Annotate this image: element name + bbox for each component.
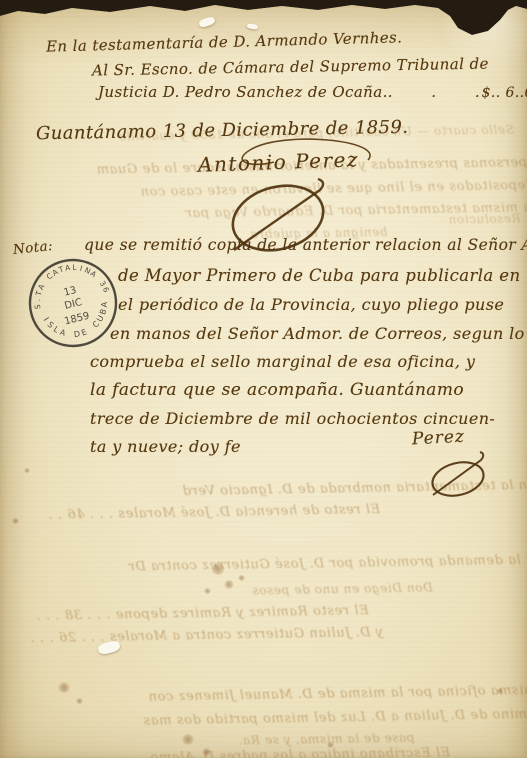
stamp-arc-letter: S	[33, 304, 42, 310]
stamp-day: 13	[63, 285, 78, 299]
stamp-arc-letter: .	[33, 298, 42, 301]
nota-line: en manos del Señor Admor. de Correos, se…	[110, 324, 525, 343]
nota-line: ta y nueve; doy fe	[90, 437, 241, 456]
nota-line: el periódico de la Provincia, cuyo plieg…	[118, 295, 504, 314]
nota-line: trece de Diciembre de mil ochocientos ci…	[90, 409, 495, 428]
stamp-arc-letter: L	[72, 263, 77, 272]
nota-line: comprueba el sello marginal de esa ofici…	[90, 352, 475, 371]
stamp-arc-letter: A	[65, 263, 72, 273]
stamp-arc-letter: A	[100, 301, 109, 307]
signature-rubric-large	[208, 166, 358, 276]
stamp-arc-letter: A	[59, 328, 68, 338]
stamp-arc-letter: 6	[101, 286, 111, 294]
stamp-arc-letter: B	[98, 308, 108, 316]
stamp-arc-letter: I	[79, 264, 83, 273]
stamp-arc-letter: D	[73, 329, 80, 339]
nota-lines: que se remitió copia de la anterior rela…	[0, 0, 527, 758]
signature-rubric-small	[418, 448, 508, 510]
stamp-arc-letter: A	[36, 282, 47, 291]
stamp-arc-letter: E	[80, 327, 88, 337]
document-page: Sello cuarto — Un cuartillo, para el año…	[0, 0, 527, 758]
stamp-month: DIC	[63, 297, 83, 312]
scanner-background: Sello cuarto — Un cuartillo, para el año…	[0, 0, 527, 758]
stamp-year: 1859	[63, 311, 90, 328]
nota-line: la factura que se acompaña. Guantánamo	[90, 380, 464, 400]
signature-perez: Perez	[412, 427, 466, 450]
